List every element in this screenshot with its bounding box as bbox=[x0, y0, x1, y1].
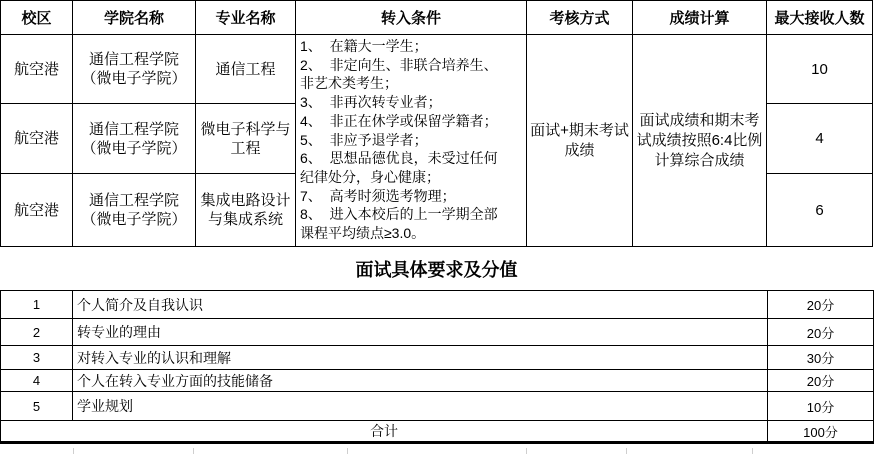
table-row: 5 学业规划 10分 bbox=[1, 392, 874, 421]
row-number: 2 bbox=[1, 319, 73, 346]
row-number: 3 bbox=[1, 346, 73, 370]
grid-line bbox=[347, 448, 348, 454]
major-cell: 通信工程 bbox=[196, 35, 296, 104]
college-cell: 通信工程学院 （微电子学院） bbox=[73, 174, 196, 247]
max-students-cell: 10 bbox=[767, 35, 873, 104]
requirement-item: 学业规划 bbox=[73, 392, 768, 421]
major-cell: 集成电路设计 与集成系统 bbox=[196, 174, 296, 247]
total-score: 100分 bbox=[768, 421, 874, 443]
grid-line bbox=[73, 448, 74, 454]
table-row: 2 转专业的理由 20分 bbox=[1, 319, 874, 346]
requirement-item: 转专业的理由 bbox=[73, 319, 768, 346]
grid-line bbox=[526, 448, 527, 454]
row-number: 1 bbox=[1, 291, 73, 319]
requirement-item: 个人简介及自我认识 bbox=[73, 291, 768, 319]
score-value: 30分 bbox=[768, 346, 874, 370]
table-row: 3 对转入专业的认识和理解 30分 bbox=[1, 346, 874, 370]
transfer-conditions-cell: 1、 在籍大一学生； 2、 非定向生、非联合培养生、 非艺术类考生； 3、 非再… bbox=[296, 35, 527, 247]
total-label: 合计 bbox=[1, 421, 768, 443]
header-conditions: 转入条件 bbox=[296, 1, 527, 35]
requirement-item: 对转入专业的认识和理解 bbox=[73, 346, 768, 370]
header-campus: 校区 bbox=[1, 1, 73, 35]
campus-cell: 航空港 bbox=[1, 104, 73, 174]
table-row: 1 个人简介及自我认识 20分 bbox=[1, 291, 874, 319]
row-number: 4 bbox=[1, 370, 73, 392]
max-students-cell: 4 bbox=[767, 104, 873, 174]
score-value: 10分 bbox=[768, 392, 874, 421]
max-students-cell: 6 bbox=[767, 174, 873, 247]
score-value: 20分 bbox=[768, 370, 874, 392]
header-college: 学院名称 bbox=[73, 1, 196, 35]
campus-cell: 航空港 bbox=[1, 174, 73, 247]
college-cell: 通信工程学院 （微电子学院） bbox=[73, 104, 196, 174]
requirement-item: 个人在转入专业方面的技能储备 bbox=[73, 370, 768, 392]
score-value: 20分 bbox=[768, 291, 874, 319]
row-number: 5 bbox=[1, 392, 73, 421]
table-row: 航空港 通信工程学院 （微电子学院） 通信工程 1、 在籍大一学生； 2、 非定… bbox=[1, 35, 873, 104]
header-max-students: 最大接收人数 bbox=[767, 1, 873, 35]
campus-cell: 航空港 bbox=[1, 35, 73, 104]
total-row: 合计 100分 bbox=[1, 421, 874, 443]
score-calculation-cell: 面试成绩和期末考 试成绩按照6:4比例 计算综合成绩 bbox=[633, 35, 767, 247]
grid-line bbox=[752, 448, 753, 454]
header-major: 专业名称 bbox=[196, 1, 296, 35]
major-cell: 微电子科学与 工程 bbox=[196, 104, 296, 174]
table-row: 4 个人在转入专业方面的技能储备 20分 bbox=[1, 370, 874, 392]
interview-requirements-table: 1 个人简介及自我认识 20分 2 转专业的理由 20分 3 对转入专业的认识和… bbox=[0, 290, 874, 444]
assessment-method-cell: 面试+期末考试 成绩 bbox=[527, 35, 633, 247]
header-assessment: 考核方式 bbox=[527, 1, 633, 35]
college-cell: 通信工程学院 （微电子学院） bbox=[73, 35, 196, 104]
section-title: 面试具体要求及分值 bbox=[0, 247, 873, 290]
score-value: 20分 bbox=[768, 319, 874, 346]
grid-line bbox=[193, 448, 194, 454]
header-score-calc: 成绩计算 bbox=[633, 1, 767, 35]
transfer-major-document: 校区 学院名称 专业名称 转入条件 考核方式 成绩计算 最大接收人数 航空港 通… bbox=[0, 0, 877, 454]
grid-line bbox=[626, 448, 627, 454]
major-transfer-table: 校区 学院名称 专业名称 转入条件 考核方式 成绩计算 最大接收人数 航空港 通… bbox=[0, 0, 873, 247]
header-row: 校区 学院名称 专业名称 转入条件 考核方式 成绩计算 最大接收人数 bbox=[1, 1, 873, 35]
